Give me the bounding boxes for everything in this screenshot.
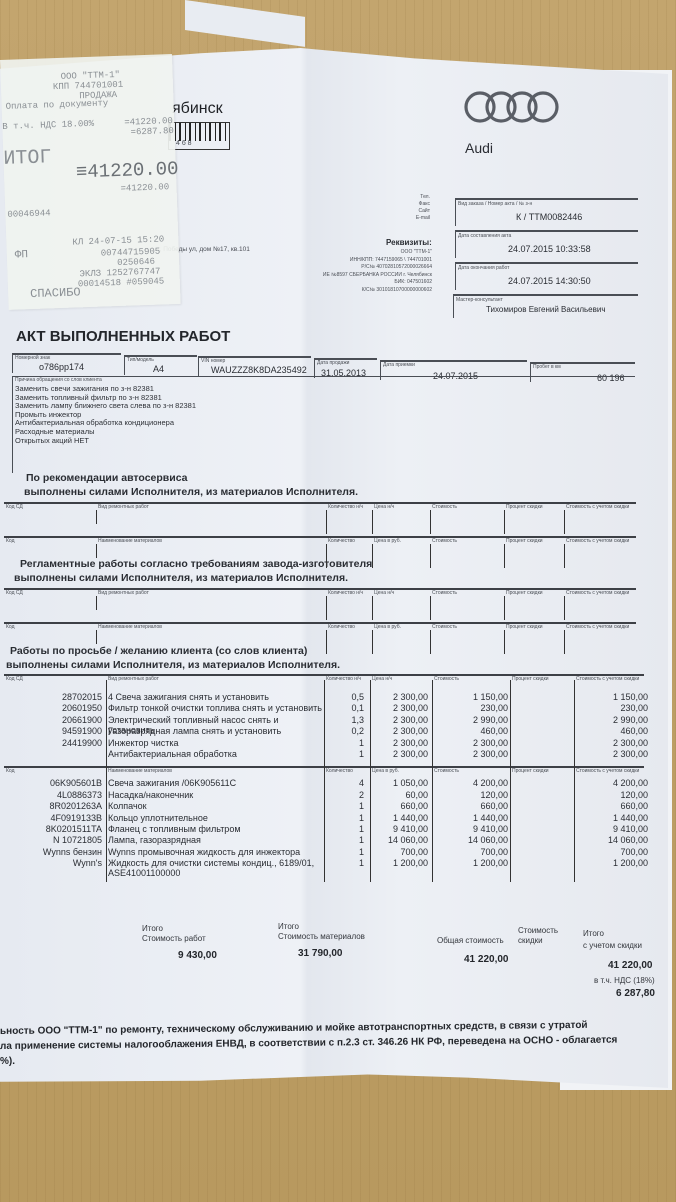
footer-line2: ла применение системы налогооблажения ЕН… (0, 1035, 617, 1052)
reason-item: Открытых акций НЕТ (15, 437, 196, 446)
column-header: Процент скидки (512, 676, 568, 682)
column-header: Процент скидки (506, 624, 562, 630)
column-divider (564, 510, 565, 534)
cell-code: Wynn's (4, 858, 102, 868)
column-divider (96, 630, 97, 644)
requisites-list: ООО "ТТМ-1" ИНН/КПП: 7447159065 \ 744701… (280, 249, 432, 294)
field-model-value: А4 (153, 364, 164, 374)
totals-materials-label-line2: Стоимость материалов (278, 932, 365, 942)
totals-vat-label: в т.ч. НДС (18%) (594, 976, 655, 985)
receipt-num3: 00014518 #059045 (78, 276, 165, 289)
cell-cost: 1 150,00 (432, 692, 508, 702)
cell-code: 28702015 (4, 692, 102, 702)
cell-name: Жидкость для очистки системы кондиц., 61… (108, 858, 324, 878)
cell-code: 4L0886373 (4, 790, 102, 800)
column-header: Стоимость (432, 624, 502, 630)
column-divider (96, 510, 97, 524)
material-row: 4F0919133BКольцо уплотнительное11 440,00… (0, 813, 660, 824)
totals-materials-label-line1: Итого (278, 922, 365, 932)
cell-name: Инжектор чистка (108, 738, 324, 748)
column-header: Вид ремонтных работ (108, 676, 308, 682)
cell-cost: 4 200,00 (432, 778, 508, 788)
field-plate-label: Номерной знак (15, 355, 50, 361)
cell-name: Фильтр тонкой очистки топлива снять и ус… (108, 703, 324, 713)
column-header: Наименование материалов (108, 768, 308, 774)
cell-total: 2 300,00 (574, 738, 648, 748)
field-sale-date-label: Дата продажи (317, 360, 349, 366)
cell-code: 20661900 (4, 715, 102, 725)
material-row: 8K0201511TAФланец с топливным фильтром19… (0, 824, 660, 835)
column-divider (430, 510, 431, 534)
requisites-title: Реквизиты: (386, 238, 432, 247)
column-header: Наименование материалов (98, 624, 218, 630)
totals-materials-value: 31 790,00 (298, 948, 343, 959)
cell-qty: 2 (324, 790, 364, 800)
cell-price: 14 060,00 (370, 835, 428, 845)
receipt-vat-amount: =6287.80 (130, 126, 174, 138)
column-divider (432, 680, 433, 882)
client-reasons-label: Причина обращения со слов клиента (15, 377, 102, 383)
cell-code: N 10721805 (4, 835, 102, 845)
cell-name: Антибактериальная обработка (108, 749, 324, 759)
material-row: 4L0886373Насадка/наконечник260,00120,001… (0, 790, 660, 801)
column-header: Процент скидки (506, 504, 562, 510)
act-date-box: Дата составления акта 24.07.2015 10:33:5… (455, 230, 638, 258)
requisite-bank: ИЕ №8597 СБЕРБАНКА РОССИИ г. Челябинск (280, 272, 432, 280)
column-divider (324, 680, 325, 882)
column-divider (372, 544, 373, 568)
totals-vat-value: 6 287,80 (616, 988, 655, 999)
field-sale-date: Дата продажи 31.05.2013 (314, 358, 377, 378)
cell-code: 20601950 (4, 703, 102, 713)
cell-name: Насадка/наконечник (108, 790, 324, 800)
column-header: Процент скидки (512, 768, 568, 774)
cell-total: 1 200,00 (574, 858, 648, 868)
cell-price: 2 300,00 (370, 715, 428, 725)
cell-total: 1 440,00 (574, 813, 648, 823)
field-accept-date-label: Дата приемки (383, 362, 415, 368)
cell-code: Wynns бензин (4, 847, 102, 857)
cell-cost: 1 200,00 (432, 858, 508, 868)
column-header: Стоимость (434, 676, 490, 682)
totals-final-label: Итого с учетом скидки (583, 928, 642, 952)
cell-total: 14 060,00 (574, 835, 648, 845)
column-divider (430, 630, 431, 654)
cell-name: 4 Свеча зажигания снять и установить (108, 692, 324, 702)
column-header: Код СД (6, 676, 96, 682)
receipt-payment: Оплата по документу (5, 98, 108, 112)
cell-total: 1 150,00 (574, 692, 648, 702)
column-header: Стоимость с учетом скидки (576, 768, 646, 774)
material-row: N 10721805Лампа, газоразрядная114 060,00… (0, 835, 660, 846)
column-header: Код (6, 768, 96, 774)
cell-total: 120,00 (574, 790, 648, 800)
totals-general-label: Общая стоимость (437, 936, 504, 945)
column-divider (106, 680, 107, 882)
act-date-label: Дата составления акта (458, 233, 511, 239)
contacts-labels: Тел. Факс Сайт E-mail (412, 194, 430, 222)
totals-discount-label: Стоимость скидки (518, 926, 558, 946)
receipt-total-value: ≡41220.00 (76, 158, 179, 184)
master-box: Мастер-консультант Тихомиров Евгений Вас… (453, 294, 638, 318)
column-header: Цена в руб. (372, 768, 428, 774)
field-vin-value: WAUZZZ8K8DA235492 (211, 365, 307, 375)
cell-price: 700,00 (370, 847, 428, 857)
cell-name: Фланец с топливным фильтром (108, 824, 324, 834)
section3-title-line2: выполнены силами Исполнителя, из материа… (6, 659, 340, 671)
work-row: 94591900Газоразрядная лампа снять и уста… (0, 726, 660, 737)
column-divider (510, 680, 511, 882)
column-header: Стоимость (434, 768, 490, 774)
cell-price: 2 300,00 (370, 738, 428, 748)
field-mileage-label: Пробег в км (533, 364, 561, 370)
cell-price: 2 300,00 (370, 749, 428, 759)
column-divider (504, 544, 505, 568)
background-paper (185, 0, 305, 47)
column-header: Вид ремонтных работ (98, 504, 218, 510)
cell-qty: 1 (324, 813, 364, 823)
receipt-fp-label: ФП (15, 249, 29, 261)
column-divider (370, 680, 371, 882)
receipt-cash: =41220.00 (120, 182, 169, 194)
column-header: Цена в руб. (374, 538, 428, 544)
act-date-value: 24.07.2015 10:33:58 (508, 244, 591, 254)
column-divider (326, 630, 327, 654)
column-divider (504, 630, 505, 654)
cell-price: 2 300,00 (370, 726, 428, 736)
column-header: Цена н/ч (374, 504, 428, 510)
column-header: Количество (328, 624, 370, 630)
column-divider (326, 596, 327, 620)
material-row: 8R0201263AКолпачок1660,00660,00660,00 (0, 801, 660, 812)
cell-cost: 2 990,00 (432, 715, 508, 725)
work-row: 20601950Фильтр тонкой очистки топлива сн… (0, 703, 660, 714)
contact-phone-label: Тел. (412, 194, 430, 201)
cell-name: Лампа, газоразрядная (108, 835, 324, 845)
cell-total: 700,00 (574, 847, 648, 857)
totals-final-label-line2: с учетом скидки (583, 940, 642, 952)
cell-qty: 1 (324, 738, 364, 748)
requisite-bik: БИК: 047501602 (280, 279, 432, 287)
cell-qty: 1 (324, 835, 364, 845)
cell-cost: 2 300,00 (432, 738, 508, 748)
section2-title-line1: Регламентные работы согласно требованиям… (20, 558, 372, 570)
cell-qty: 1,3 (324, 715, 364, 725)
receipt-thanks: СПАСИБО (30, 285, 81, 301)
cell-price: 1 050,00 (370, 778, 428, 788)
column-header: Вид ремонтных работ (98, 590, 218, 596)
cell-code: 94591900 (4, 726, 102, 736)
finish-date-value: 24.07.2015 14:30:50 (508, 276, 591, 286)
material-row: 06K905601BСвеча зажигания /06K905611C41 … (0, 778, 660, 789)
master-value: Тихомиров Евгений Васильевич (486, 305, 605, 314)
column-header: Стоимость с учетом скидки (566, 504, 636, 510)
column-divider (574, 680, 575, 882)
totals-final-label-line1: Итого (583, 928, 642, 940)
field-model-label: Тип/модель (127, 357, 154, 363)
finish-date-box: Дата окончания работ 24.07.2015 14:30:50 (455, 262, 638, 290)
cell-price: 2 300,00 (370, 703, 428, 713)
cell-code: 4F0919133B (4, 813, 102, 823)
column-header: Цена н/ч (372, 676, 428, 682)
column-header: Стоимость (432, 538, 502, 544)
column-divider (504, 510, 505, 534)
column-divider (326, 544, 327, 568)
column-header: Количество н/ч (328, 504, 370, 510)
cell-cost: 1 440,00 (432, 813, 508, 823)
cell-price: 1 440,00 (370, 813, 428, 823)
cell-total: 460,00 (574, 726, 648, 736)
cell-cost: 9 410,00 (432, 824, 508, 834)
column-divider (564, 596, 565, 620)
cell-qty: 1 (324, 824, 364, 834)
column-divider (326, 510, 327, 534)
material-row: Wynns бензинWynns промывочная жидкость д… (0, 847, 660, 858)
cell-qty: 1 (324, 801, 364, 811)
cell-name: Wynns промывочная жидкость для инжектора (108, 847, 324, 857)
cell-code: 24419900 (4, 738, 102, 748)
cell-total: 4 200,00 (574, 778, 648, 788)
totals-materials-label: Итого Стоимость материалов (278, 922, 365, 942)
cell-qty: 1 (324, 749, 364, 759)
city-name: ябинск (172, 100, 223, 118)
cell-qty: 1 (324, 847, 364, 857)
cell-name: Кольцо уплотнительное (108, 813, 324, 823)
cell-qty: 0,5 (324, 692, 364, 702)
cell-price: 60,00 (370, 790, 428, 800)
brand-name: Audi (465, 140, 493, 156)
contact-fax-label: Факс (412, 201, 430, 208)
order-number-value: К / ТТМ0082446 (516, 212, 582, 222)
work-row: Антибактериальная обработка12 300,002 30… (0, 749, 660, 760)
cell-qty: 1 (324, 858, 364, 868)
requisite-org: ООО "ТТМ-1" (280, 249, 432, 257)
column-header: Процент скидки (506, 590, 562, 596)
audi-rings-logo (462, 88, 560, 126)
cell-qty: 4 (324, 778, 364, 788)
cell-name: Газоразрядная лампа снять и установить (108, 726, 324, 736)
client-reasons-box: Причина обращения со слов клиента Замени… (12, 376, 635, 473)
column-divider (430, 544, 431, 568)
cell-name: Колпачок (108, 801, 324, 811)
cell-total: 9 410,00 (574, 824, 648, 834)
cell-price: 1 200,00 (370, 858, 428, 868)
cell-total: 660,00 (574, 801, 648, 811)
cell-total: 230,00 (574, 703, 648, 713)
requisite-account: Р/С№ 40702810572000026664 (280, 264, 432, 272)
cell-total: 2 300,00 (574, 749, 648, 759)
column-divider (372, 510, 373, 534)
finish-date-label: Дата окончания работ (458, 265, 509, 271)
totals-works-value: 9 430,00 (178, 950, 217, 961)
receipt-total-label: ИТОГ (3, 146, 52, 171)
field-vin-label: VIN номер (201, 358, 225, 364)
field-plate-value: о786рр174 (39, 362, 84, 372)
cell-code: 06K905601B (4, 778, 102, 788)
cell-code: 8R0201263A (4, 801, 102, 811)
field-model: Тип/модель А4 (124, 355, 197, 375)
cell-total: 2 990,00 (574, 715, 648, 725)
column-header: Стоимость с учетом скидки (566, 624, 636, 630)
column-divider (372, 630, 373, 654)
column-header: Стоимость с учетом скидки (576, 676, 646, 682)
cell-cost: 700,00 (432, 847, 508, 857)
footer-line3: %). (0, 1056, 15, 1067)
column-divider (504, 596, 505, 620)
footer-line1: ьность ООО "ТТМ-1" по ремонту, техническ… (0, 1020, 588, 1037)
column-header: Стоимость с учетом скидки (566, 590, 636, 596)
cell-price: 2 300,00 (370, 692, 428, 702)
column-divider (96, 596, 97, 610)
column-divider (564, 544, 565, 568)
material-row: Wynn'sЖидкость для очистки системы конди… (0, 858, 660, 869)
column-header: Наименование материалов (98, 538, 218, 544)
cell-name: Свеча зажигания /06K905611C (108, 778, 324, 788)
totals-discount-label-line1: Стоимость (518, 926, 558, 936)
receipt-vat-line: В т.ч. НДС 18.00% (2, 119, 94, 132)
cell-qty: 0,1 (324, 703, 364, 713)
cell-price: 660,00 (370, 801, 428, 811)
section1-title-line2: выполнены силами Исполнителя, из материа… (24, 486, 358, 498)
cell-cost: 2 300,00 (432, 749, 508, 759)
cell-cost: 230,00 (432, 703, 508, 713)
act-title: АКТ ВЫПОЛНЕННЫХ РАБОТ (16, 328, 230, 345)
cell-cost: 14 060,00 (432, 835, 508, 845)
column-divider (430, 596, 431, 620)
column-header: Стоимость (432, 504, 502, 510)
field-vin: VIN номер WAUZZZ8K8DA235492 (198, 356, 311, 376)
order-number-label: Вид заказа / Номер акта / № з-н (458, 201, 532, 207)
contact-site-label: Сайт (412, 208, 430, 215)
cell-cost: 660,00 (432, 801, 508, 811)
totals-discount-label-line2: скидки (518, 936, 558, 946)
column-divider (96, 544, 97, 558)
totals-final-value: 41 220,00 (608, 960, 653, 971)
client-reasons-list: Заменить свечи зажигания по з-н 82381 За… (15, 385, 196, 445)
column-divider (564, 630, 565, 654)
column-header: Цена н/ч (374, 590, 428, 596)
column-divider (372, 596, 373, 620)
master-label: Мастер-консультант (456, 297, 503, 303)
cell-cost: 460,00 (432, 726, 508, 736)
barcode-digits: 4 6 8 (176, 140, 192, 147)
receipt-datetime: КЛ 24-07-15 15:20 (72, 234, 164, 247)
column-header: Процент скидки (506, 538, 562, 544)
requisite-corr-account: К/С№ 30101810700000000602 (280, 287, 432, 295)
totals-works-label-line2: Стоимость работ (142, 934, 206, 944)
cell-price: 9 410,00 (370, 824, 428, 834)
work-row: 287020154 Свеча зажигания снять и устано… (0, 692, 660, 703)
work-row: 20661900Электрический топливный насос сн… (0, 715, 660, 726)
cell-cost: 120,00 (432, 790, 508, 800)
cash-receipt: ООО "ТТМ-1" КПП 744701001 ПРОДАЖА Оплата… (0, 54, 181, 310)
receipt-doc-num: 00046944 (7, 208, 51, 220)
column-header: Стоимость (432, 590, 502, 596)
totals-general-value: 41 220,00 (464, 954, 509, 965)
section1-title-line1: По рекомендации автосервиса (26, 472, 188, 484)
column-header: Цена в руб. (374, 624, 428, 630)
column-header: Количество н/ч (328, 590, 370, 596)
contact-email-label: E-mail (412, 215, 430, 222)
totals-works-label: Итого Стоимость работ (142, 924, 206, 944)
section3-title-line1: Работы по просьбе / желанию клиента (со … (10, 645, 307, 657)
cell-code: 8K0201511TA (4, 824, 102, 834)
totals-works-label-line1: Итого (142, 924, 206, 934)
column-header: Количество (328, 538, 370, 544)
order-number-box: Вид заказа / Номер акта / № з-н К / ТТМ0… (455, 198, 638, 226)
requisite-inn: ИНН/КПП: 7447159065 \ 744701001 (280, 257, 432, 265)
cell-qty: 0,2 (324, 726, 364, 736)
column-header: Стоимость с учетом скидки (566, 538, 636, 544)
work-row: 24419900Инжектор чистка12 300,002 300,00… (0, 738, 660, 749)
field-plate: Номерной знак о786рр174 (12, 353, 121, 373)
section2-title-line2: выполнены силами Исполнителя, из материа… (14, 572, 348, 584)
